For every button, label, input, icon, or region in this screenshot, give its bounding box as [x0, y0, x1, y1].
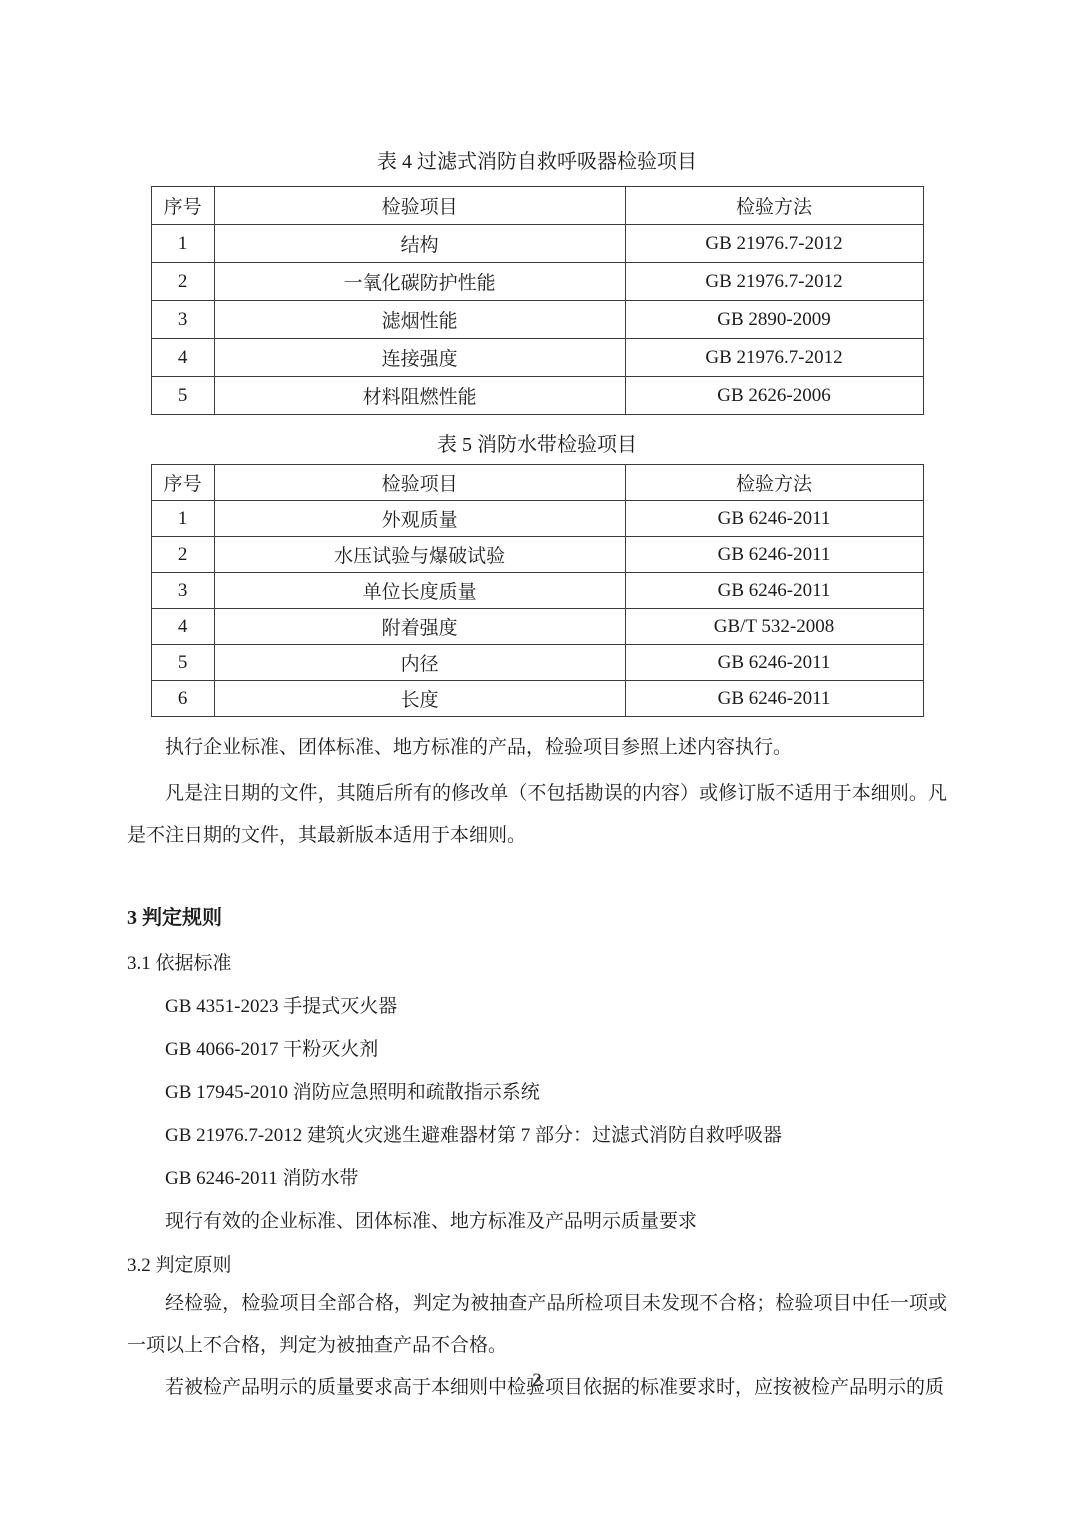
table-row: 6 长度 GB 6246-2011: [151, 681, 923, 717]
table4-caption: 表 4 过滤式消防自救呼吸器检验项目: [127, 148, 947, 176]
table-cell: 附着强度: [214, 609, 625, 645]
standard-item: 现行有效的企业标准、团体标准、地方标准及产品明示质量要求: [127, 1200, 947, 1243]
standard-item: GB 17945-2010 消防应急照明和疏散指示系统: [127, 1071, 947, 1114]
table-cell: 1: [151, 225, 214, 263]
table-cell: 2: [151, 537, 214, 573]
table5-caption: 表 5 消防水带检验项目: [127, 431, 947, 459]
paragraph-enterprise-standards: 执行企业标准、团体标准、地方标准的产品，检验项目参照上述内容执行。: [127, 727, 947, 769]
table-cell: GB 6246-2011: [625, 645, 923, 681]
table5-header-row: 序号 检验项目 检验方法: [151, 465, 923, 501]
paragraph-dated-documents: 凡是注日期的文件，其随后所有的修改单（不包括勘误的内容）或修订版不适用于本细则。…: [127, 773, 947, 857]
table-cell: 5: [151, 377, 214, 415]
table-cell: GB 2626-2006: [625, 377, 923, 415]
standard-item: GB 4066-2017 干粉灭火剂: [127, 1028, 947, 1071]
table-cell: 2: [151, 263, 214, 301]
table-cell: GB 21976.7-2012: [625, 339, 923, 377]
table-row: 1 外观质量 GB 6246-2011: [151, 501, 923, 537]
table-cell: 5: [151, 645, 214, 681]
document-content: 表 4 过滤式消防自救呼吸器检验项目 序号 检验项目 检验方法 1 结构 GB …: [0, 0, 1074, 1409]
table-cell: 1: [151, 501, 214, 537]
section3-1-heading: 3.1 依据标准: [127, 949, 947, 979]
table-cell: 外观质量: [214, 501, 625, 537]
table-cell: GB 21976.7-2012: [625, 263, 923, 301]
table-cell: 4: [151, 609, 214, 645]
standard-item: GB 4351-2023 手提式灭火器: [127, 985, 947, 1028]
paragraph-judgement-principle: 经检验，检验项目全部合格，判定为被抽查产品所检项目未发现不合格；检验项目中任一项…: [127, 1283, 947, 1367]
table-cell: 水压试验与爆破试验: [214, 537, 625, 573]
table4-inspection-items: 序号 检验项目 检验方法 1 结构 GB 21976.7-2012 2 一氧化碳…: [151, 186, 924, 415]
table-cell: 连接强度: [214, 339, 625, 377]
table4-header-row: 序号 检验项目 检验方法: [151, 187, 923, 225]
table-cell: 滤烟性能: [214, 301, 625, 339]
table-cell: GB 6246-2011: [625, 573, 923, 609]
table-row: 4 附着强度 GB/T 532-2008: [151, 609, 923, 645]
table-row: 4 连接强度 GB 21976.7-2012: [151, 339, 923, 377]
section3-heading: 3 判定规则: [127, 903, 947, 933]
table-cell: 材料阻燃性能: [214, 377, 625, 415]
table4-header-cell: 检验项目: [214, 187, 625, 225]
table-row: 3 单位长度质量 GB 6246-2011: [151, 573, 923, 609]
section3-2-heading: 3.2 判定原则: [127, 1251, 947, 1281]
table-row: 5 内径 GB 6246-2011: [151, 645, 923, 681]
standard-item: GB 6246-2011 消防水带: [127, 1157, 947, 1200]
table-cell: GB/T 532-2008: [625, 609, 923, 645]
document-page: 表 4 过滤式消防自救呼吸器检验项目 序号 检验项目 检验方法 1 结构 GB …: [0, 0, 1074, 1520]
table-cell: 结构: [214, 225, 625, 263]
table5-header-cell: 序号: [151, 465, 214, 501]
table4-header-cell: 序号: [151, 187, 214, 225]
table-row: 2 水压试验与爆破试验 GB 6246-2011: [151, 537, 923, 573]
table-cell: 一氧化碳防护性能: [214, 263, 625, 301]
table-cell: GB 2890-2009: [625, 301, 923, 339]
table5-header-cell: 检验项目: [214, 465, 625, 501]
standards-list: GB 4351-2023 手提式灭火器 GB 4066-2017 干粉灭火剂 G…: [127, 985, 947, 1243]
table-cell: 长度: [214, 681, 625, 717]
table5-inspection-items: 序号 检验项目 检验方法 1 外观质量 GB 6246-2011 2 水压试验与…: [151, 464, 924, 717]
table-row: 3 滤烟性能 GB 2890-2009: [151, 301, 923, 339]
table-row: 5 材料阻燃性能 GB 2626-2006: [151, 377, 923, 415]
table-cell: 内径: [214, 645, 625, 681]
table-cell: GB 6246-2011: [625, 537, 923, 573]
table-cell: GB 6246-2011: [625, 681, 923, 717]
table-cell: GB 6246-2011: [625, 501, 923, 537]
table4-header-cell: 检验方法: [625, 187, 923, 225]
table-cell: 3: [151, 573, 214, 609]
table-cell: 单位长度质量: [214, 573, 625, 609]
table-cell: 3: [151, 301, 214, 339]
standard-item: GB 21976.7-2012 建筑火灾逃生避难器材第 7 部分：过滤式消防自救…: [127, 1114, 947, 1157]
page-number: 2: [0, 1370, 1074, 1392]
table5-header-cell: 检验方法: [625, 465, 923, 501]
table-cell: 4: [151, 339, 214, 377]
table-row: 2 一氧化碳防护性能 GB 21976.7-2012: [151, 263, 923, 301]
table-cell: GB 21976.7-2012: [625, 225, 923, 263]
table-row: 1 结构 GB 21976.7-2012: [151, 225, 923, 263]
table-cell: 6: [151, 681, 214, 717]
